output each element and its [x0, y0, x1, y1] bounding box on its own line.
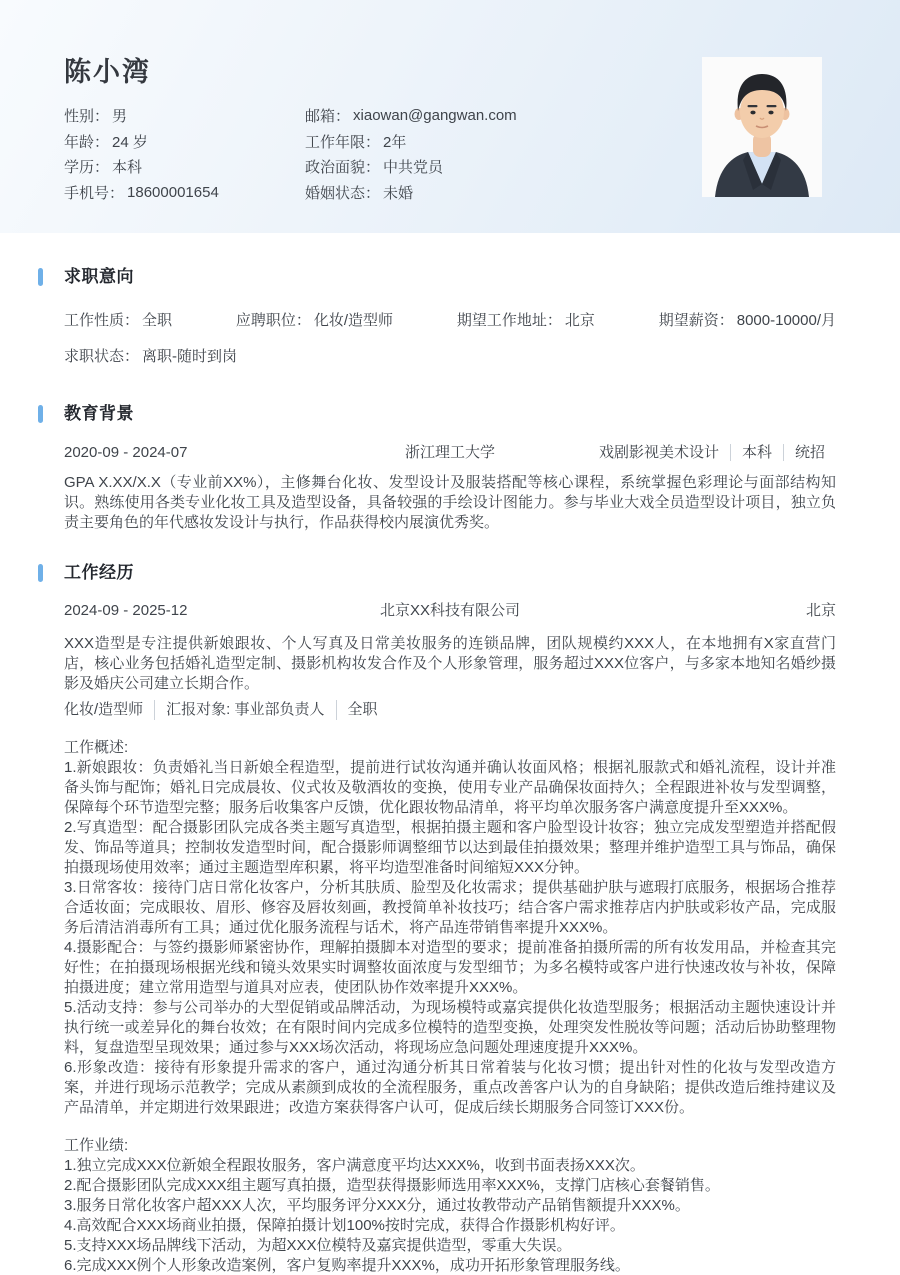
info-field-political-status: 政治面貌： 中共党员 — [305, 156, 665, 177]
info-field-phone: 手机号： 18600001654 — [64, 182, 305, 203]
objective-label: 期望工作地址： — [457, 311, 562, 331]
education-meta-row: 2020-09 - 2024-07 浙江理工大学 戏剧影视美术设计本科统招 — [64, 443, 836, 463]
work-duty-item: 3.日常客妆：接待门店日常化妆客户，分析其肤质、脸型及化妆需求；提供基础护肤与遮… — [64, 878, 836, 938]
info-field-degree: 学历： 本科 — [64, 156, 305, 177]
section-title-text: 教育背景 — [64, 404, 134, 423]
info-field-gender: 性别： 男 — [64, 105, 305, 126]
objective-section-title: 求职意向 — [64, 266, 836, 288]
work-achievement-item: 5.支持XXX场品牌线下活动，为超XXX位模特及嘉宾提供造型，零重大失误。 — [64, 1236, 836, 1256]
info-field-age: 年龄： 24 岁 — [64, 131, 305, 152]
work-duty-item: 2.写真造型：配合摄影团队完成各类主题写真造型，根据拍摄主题和客户脸型设计妆容；… — [64, 818, 836, 878]
info-label: 政治面貌： — [305, 156, 380, 177]
role-report-to: 汇报对象: 事业部负责人 — [154, 700, 335, 720]
role-row: 化妆/造型师汇报对象: 事业部负责人全职 — [64, 700, 836, 720]
objective-value: 北京 — [565, 311, 595, 331]
work-location: 北京 — [806, 601, 836, 621]
objective-field-location: 期望工作地址： 北京 — [457, 311, 595, 331]
work-period: 2024-09 - 2025-12 — [64, 601, 187, 621]
info-value: 本科 — [112, 156, 142, 177]
education-major: 戏剧影视美术设计 — [599, 444, 730, 461]
work-duty-item: 6.形象改造：接待有形象提升需求的客户，通过沟通分析其日常着装与化妆习惯；提出针… — [64, 1058, 836, 1118]
section-accent-bar-icon — [38, 405, 43, 423]
info-label: 婚姻状态： — [305, 182, 380, 203]
info-label: 性别： — [64, 105, 109, 126]
work-achievement-item: 6.完成XXX例个人形象改造案例，客户复购率提升XXX%，成功开拓形象管理服务线… — [64, 1256, 836, 1275]
section-title-text: 求职意向 — [64, 267, 134, 286]
objective-value: 8000-10000/月 — [737, 311, 836, 331]
education-description: GPA X.XX/X.X（专业前XX%），主修舞台化妆、发型设计及服装搭配等核心… — [64, 473, 836, 533]
work-overview-list: 工作概述: 1.新娘跟妆：负责婚礼当日新娘全程造型，提前进行试妆沟通并确认妆面风… — [64, 738, 836, 1118]
section-experience: 工作经历 2024-09 - 2025-12 北京XX科技有限公司 北京 XXX… — [64, 562, 836, 1275]
info-value: 2年 — [383, 131, 406, 152]
info-label: 年龄： — [64, 131, 109, 152]
info-value: 18600001654 — [127, 184, 219, 201]
objective-field-position: 应聘职位： 化妆/造型师 — [236, 311, 393, 331]
education-degree: 本科 — [730, 444, 783, 461]
education-period: 2020-09 - 2024-07 — [64, 443, 187, 463]
objective-field-salary: 期望薪资： 8000-10000/月 — [659, 311, 836, 331]
objective-row-2: 求职状态： 离职-随时到岗 — [64, 347, 836, 367]
info-value: xiaowan@gangwan.com — [353, 107, 517, 124]
info-field-email: 邮箱： xiaowan@gangwan.com — [305, 105, 665, 126]
work-company: 北京XX科技有限公司 — [380, 601, 520, 621]
education-section-title: 教育背景 — [64, 403, 836, 425]
experience-meta-row: 2024-09 - 2025-12 北京XX科技有限公司 北京 — [64, 601, 836, 621]
role-title: 化妆/造型师 — [64, 700, 154, 720]
objective-field-job-type: 工作性质： 全职 — [64, 311, 172, 331]
work-achievement-item: 2.配合摄影团队完成XXX组主题写真拍摄，造型获得摄影师选用率XXX%，支撑门店… — [64, 1176, 836, 1196]
work-overview-title: 工作概述: — [64, 738, 836, 758]
objective-value: 全职 — [142, 311, 172, 331]
work-duty-item: 5.活动支持：参与公司举办的大型促销或品牌活动，为现场模特或嘉宾提供化妆造型服务… — [64, 998, 836, 1058]
objective-label: 求职状态： — [64, 347, 139, 367]
objective-field-status: 求职状态： 离职-随时到岗 — [64, 347, 836, 367]
section-objective: 求职意向 工作性质： 全职 应聘职位： 化妆/造型师 期望工作地址： 北京 期望… — [64, 266, 836, 367]
section-education: 教育背景 2020-09 - 2024-07 浙江理工大学 戏剧影视美术设计本科… — [64, 403, 836, 533]
education-enrollment-type: 统招 — [783, 444, 836, 461]
objective-value: 离职-随时到岗 — [142, 347, 237, 367]
info-label: 手机号： — [64, 182, 124, 203]
resume-body: 求职意向 工作性质： 全职 应聘职位： 化妆/造型师 期望工作地址： 北京 期望… — [0, 266, 900, 1275]
role-employment-type: 全职 — [336, 700, 389, 720]
work-achievement-item: 3.服务日常化妆客户超XXX人次，平均服务评分XXX分，通过妆教带动产品销售额提… — [64, 1196, 836, 1216]
profile-photo — [702, 57, 822, 197]
objective-label: 工作性质： — [64, 311, 139, 331]
work-achievement-item: 4.高效配合XXX场商业拍摄，保障拍摄计划100%按时完成，获得合作摄影机构好评… — [64, 1216, 836, 1236]
experience-section-title: 工作经历 — [64, 562, 836, 584]
info-label: 工作年限： — [305, 131, 380, 152]
work-achievements-title: 工作业绩: — [64, 1136, 836, 1156]
work-achievements-list: 工作业绩: 1.独立完成XXX位新娘全程跟妆服务，客户满意度平均达XXX%，收到… — [64, 1136, 836, 1275]
resume-header: 陈小湾 性别： 男 年龄： 24 岁 学历： 本科 手机号： 186000016… — [0, 0, 900, 233]
objective-row-1: 工作性质： 全职 应聘职位： 化妆/造型师 期望工作地址： 北京 期望薪资： 8… — [64, 311, 836, 331]
info-field-marital-status: 婚姻状态： 未婚 — [305, 182, 665, 203]
section-accent-bar-icon — [38, 564, 43, 582]
education-tags: 戏剧影视美术设计本科统招 — [599, 443, 836, 463]
work-duty-item: 1.新娘跟妆：负责婚礼当日新娘全程造型，提前进行试妆沟通并确认妆面风格；根据礼服… — [64, 758, 836, 818]
work-achievement-item: 1.独立完成XXX位新娘全程跟妆服务，客户满意度平均达XXX%，收到书面表扬XX… — [64, 1156, 836, 1176]
objective-label: 应聘职位： — [236, 311, 311, 331]
resume-page: 陈小湾 性别： 男 年龄： 24 岁 学历： 本科 手机号： 186000016… — [0, 0, 900, 1275]
objective-value: 化妆/造型师 — [314, 311, 393, 331]
info-value: 中共党员 — [383, 156, 443, 177]
objective-label: 期望薪资： — [659, 311, 734, 331]
section-accent-bar-icon — [38, 268, 43, 286]
info-field-experience-years: 工作年限： 2年 — [305, 131, 665, 152]
info-label: 学历： — [64, 156, 109, 177]
work-duty-item: 4.摄影配合：与签约摄影师紧密协作，理解拍摄脚本对造型的要求；提前准备拍摄所需的… — [64, 938, 836, 998]
section-title-text: 工作经历 — [64, 563, 134, 582]
info-value: 24 岁 — [112, 131, 148, 152]
profile-photo-illustration — [702, 57, 822, 197]
info-label: 邮箱： — [305, 105, 350, 126]
info-value: 未婚 — [383, 182, 413, 203]
education-school: 浙江理工大学 — [405, 443, 495, 463]
company-intro: XXX造型是专注提供新娘跟妆、个人写真及日常美妆服务的连锁品牌，团队规模约XXX… — [64, 634, 836, 694]
info-value: 男 — [112, 105, 127, 126]
